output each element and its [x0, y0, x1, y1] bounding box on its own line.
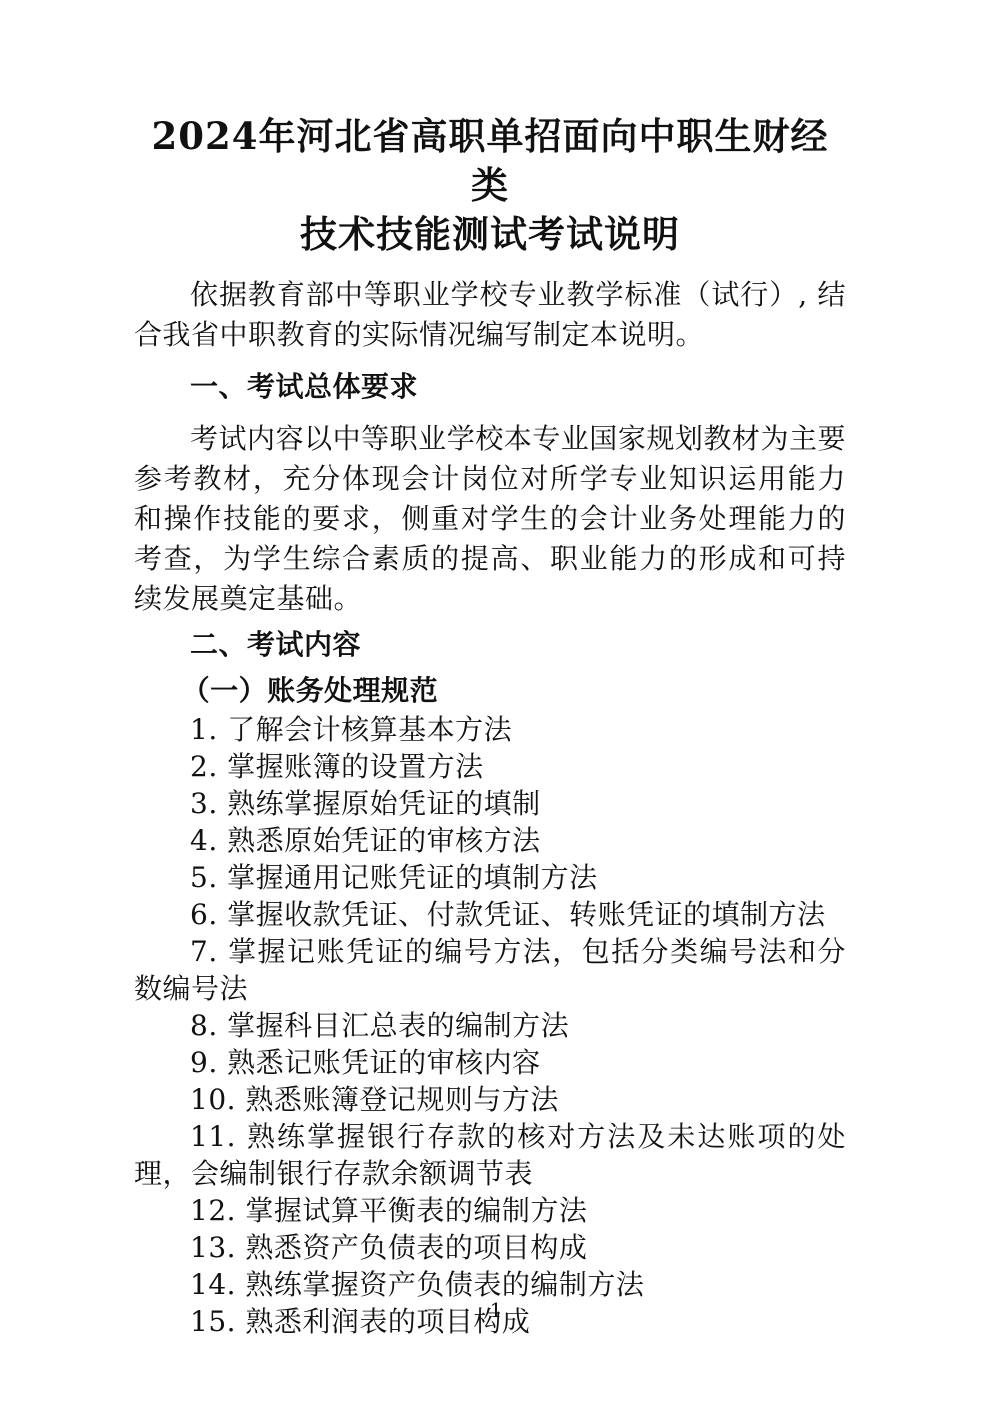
list-item: 5. 掌握通用记账凭证的填制方法: [134, 859, 846, 896]
document-title: 2024年河北省高职单招面向中职生财经类 技术技能测试考试说明: [134, 112, 846, 259]
title-line-1: 2024年河北省高职单招面向中职生财经类: [134, 112, 846, 210]
list-item: 9. 熟悉记账凭证的审核内容: [134, 1044, 846, 1081]
subsection-heading-accounting-procedures: （一）账务处理规范: [134, 671, 846, 711]
list-item: 4. 熟悉原始凭证的审核方法: [134, 822, 846, 859]
page-footer: 1: [0, 1298, 992, 1322]
intro-paragraph: 依据教育部中等职业学校专业教学标准（试行）, 结合我省中职教育的实际情况编写制定…: [134, 275, 846, 355]
list-item: 10. 熟悉账簿登记规则与方法: [134, 1081, 846, 1118]
document-page: 2024年河北省高职单招面向中职生财经类 技术技能测试考试说明 依据教育部中等职…: [0, 0, 992, 1403]
section-heading-exam-content: 二、考试内容: [134, 625, 846, 665]
list-item: 6. 掌握收款凭证、付款凭证、转账凭证的填制方法: [134, 896, 846, 933]
list-item: 7. 掌握记账凭证的编号方法，包括分类编号法和分数编号法: [134, 933, 846, 1007]
section-heading-overall-requirements: 一、考试总体要求: [134, 367, 846, 407]
list-item: 3. 熟练掌握原始凭证的填制: [134, 785, 846, 822]
list-item: 2. 掌握账簿的设置方法: [134, 748, 846, 785]
list-item: 12. 掌握试算平衡表的编制方法: [134, 1192, 846, 1229]
section1-body-paragraph: 考试内容以中等职业学校本专业国家规划教材为主要参考教材，充分体现会计岗位对所学专…: [134, 419, 846, 619]
list-item: 8. 掌握科目汇总表的编制方法: [134, 1007, 846, 1044]
list-item: 13. 熟悉资产负债表的项目构成: [134, 1229, 846, 1266]
list-item: 1. 了解会计核算基本方法: [134, 711, 846, 748]
page-number: 1: [490, 1298, 503, 1322]
title-line-2: 技术技能测试考试说明: [134, 210, 846, 259]
list-item: 11. 熟练掌握银行存款的核对方法及未达账项的处理，会编制银行存款余额调节表: [134, 1118, 846, 1192]
